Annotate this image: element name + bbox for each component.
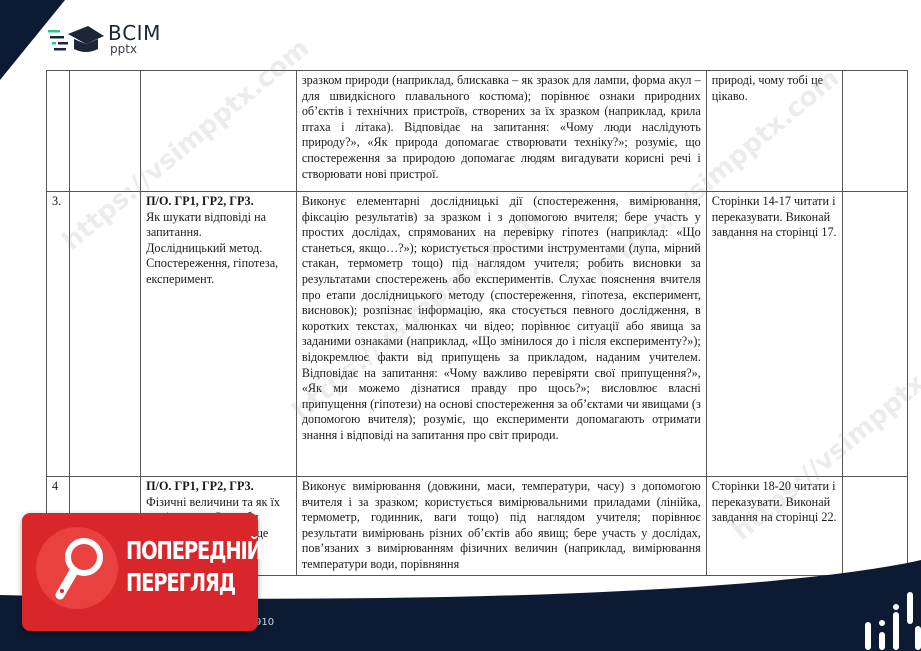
badge-line1: ПОПЕРЕДНІЙ (126, 535, 262, 567)
cell-notes (843, 71, 908, 192)
site-logo[interactable]: ВСІМ pptx (48, 22, 161, 56)
topic-line: Дослідницький метод. (146, 241, 291, 257)
topic-line: Спостереження, гіпотеза, експеримент. (146, 256, 291, 287)
cell-hours (69, 192, 140, 477)
cell-outcomes: Виконує елементарні дослідницькі дії (сп… (296, 192, 706, 477)
cell-number (47, 71, 70, 192)
graduation-cap-icon (48, 22, 104, 56)
badge-label: ПОПЕРЕДНІЙ ПЕРЕГЛЯД (126, 535, 262, 599)
decorative-bars-icon (846, 585, 921, 651)
topic-groups: П/О. ГР1, ГР2, ГР3. (146, 479, 291, 495)
cell-hours (69, 71, 140, 192)
cell-homework: природі, чому тобі це цікаво. (706, 71, 842, 192)
magnifier-icon (52, 535, 108, 603)
cell-topic: П/О. ГР1, ГР2, ГР3. Як шукати відповіді … (141, 192, 297, 477)
topic-line: Як шукати відповіді на запитання. (146, 210, 291, 241)
cell-number: 3. (47, 192, 70, 477)
logo-brand: ВСІМ (108, 23, 161, 43)
table-row: зразком природи (наприклад, блискавка – … (47, 71, 908, 192)
topic-groups: П/О. ГР1, ГР2, ГР3. (146, 194, 291, 210)
cell-topic (141, 71, 297, 192)
cell-homework: Сторінки 14-17 читати і переказувати. Ви… (706, 192, 842, 477)
preview-badge[interactable]: ПОПЕРЕДНІЙ ПЕРЕГЛЯД (22, 513, 258, 631)
table-row: 3. П/О. ГР1, ГР2, ГР3. Як шукати відпові… (47, 192, 908, 477)
curriculum-table: зразком природи (наприклад, блискавка – … (46, 70, 908, 576)
cell-outcomes: зразком природи (наприклад, блискавка – … (296, 71, 706, 192)
badge-line2: ПЕРЕГЛЯД (126, 567, 262, 599)
cell-notes (843, 192, 908, 477)
